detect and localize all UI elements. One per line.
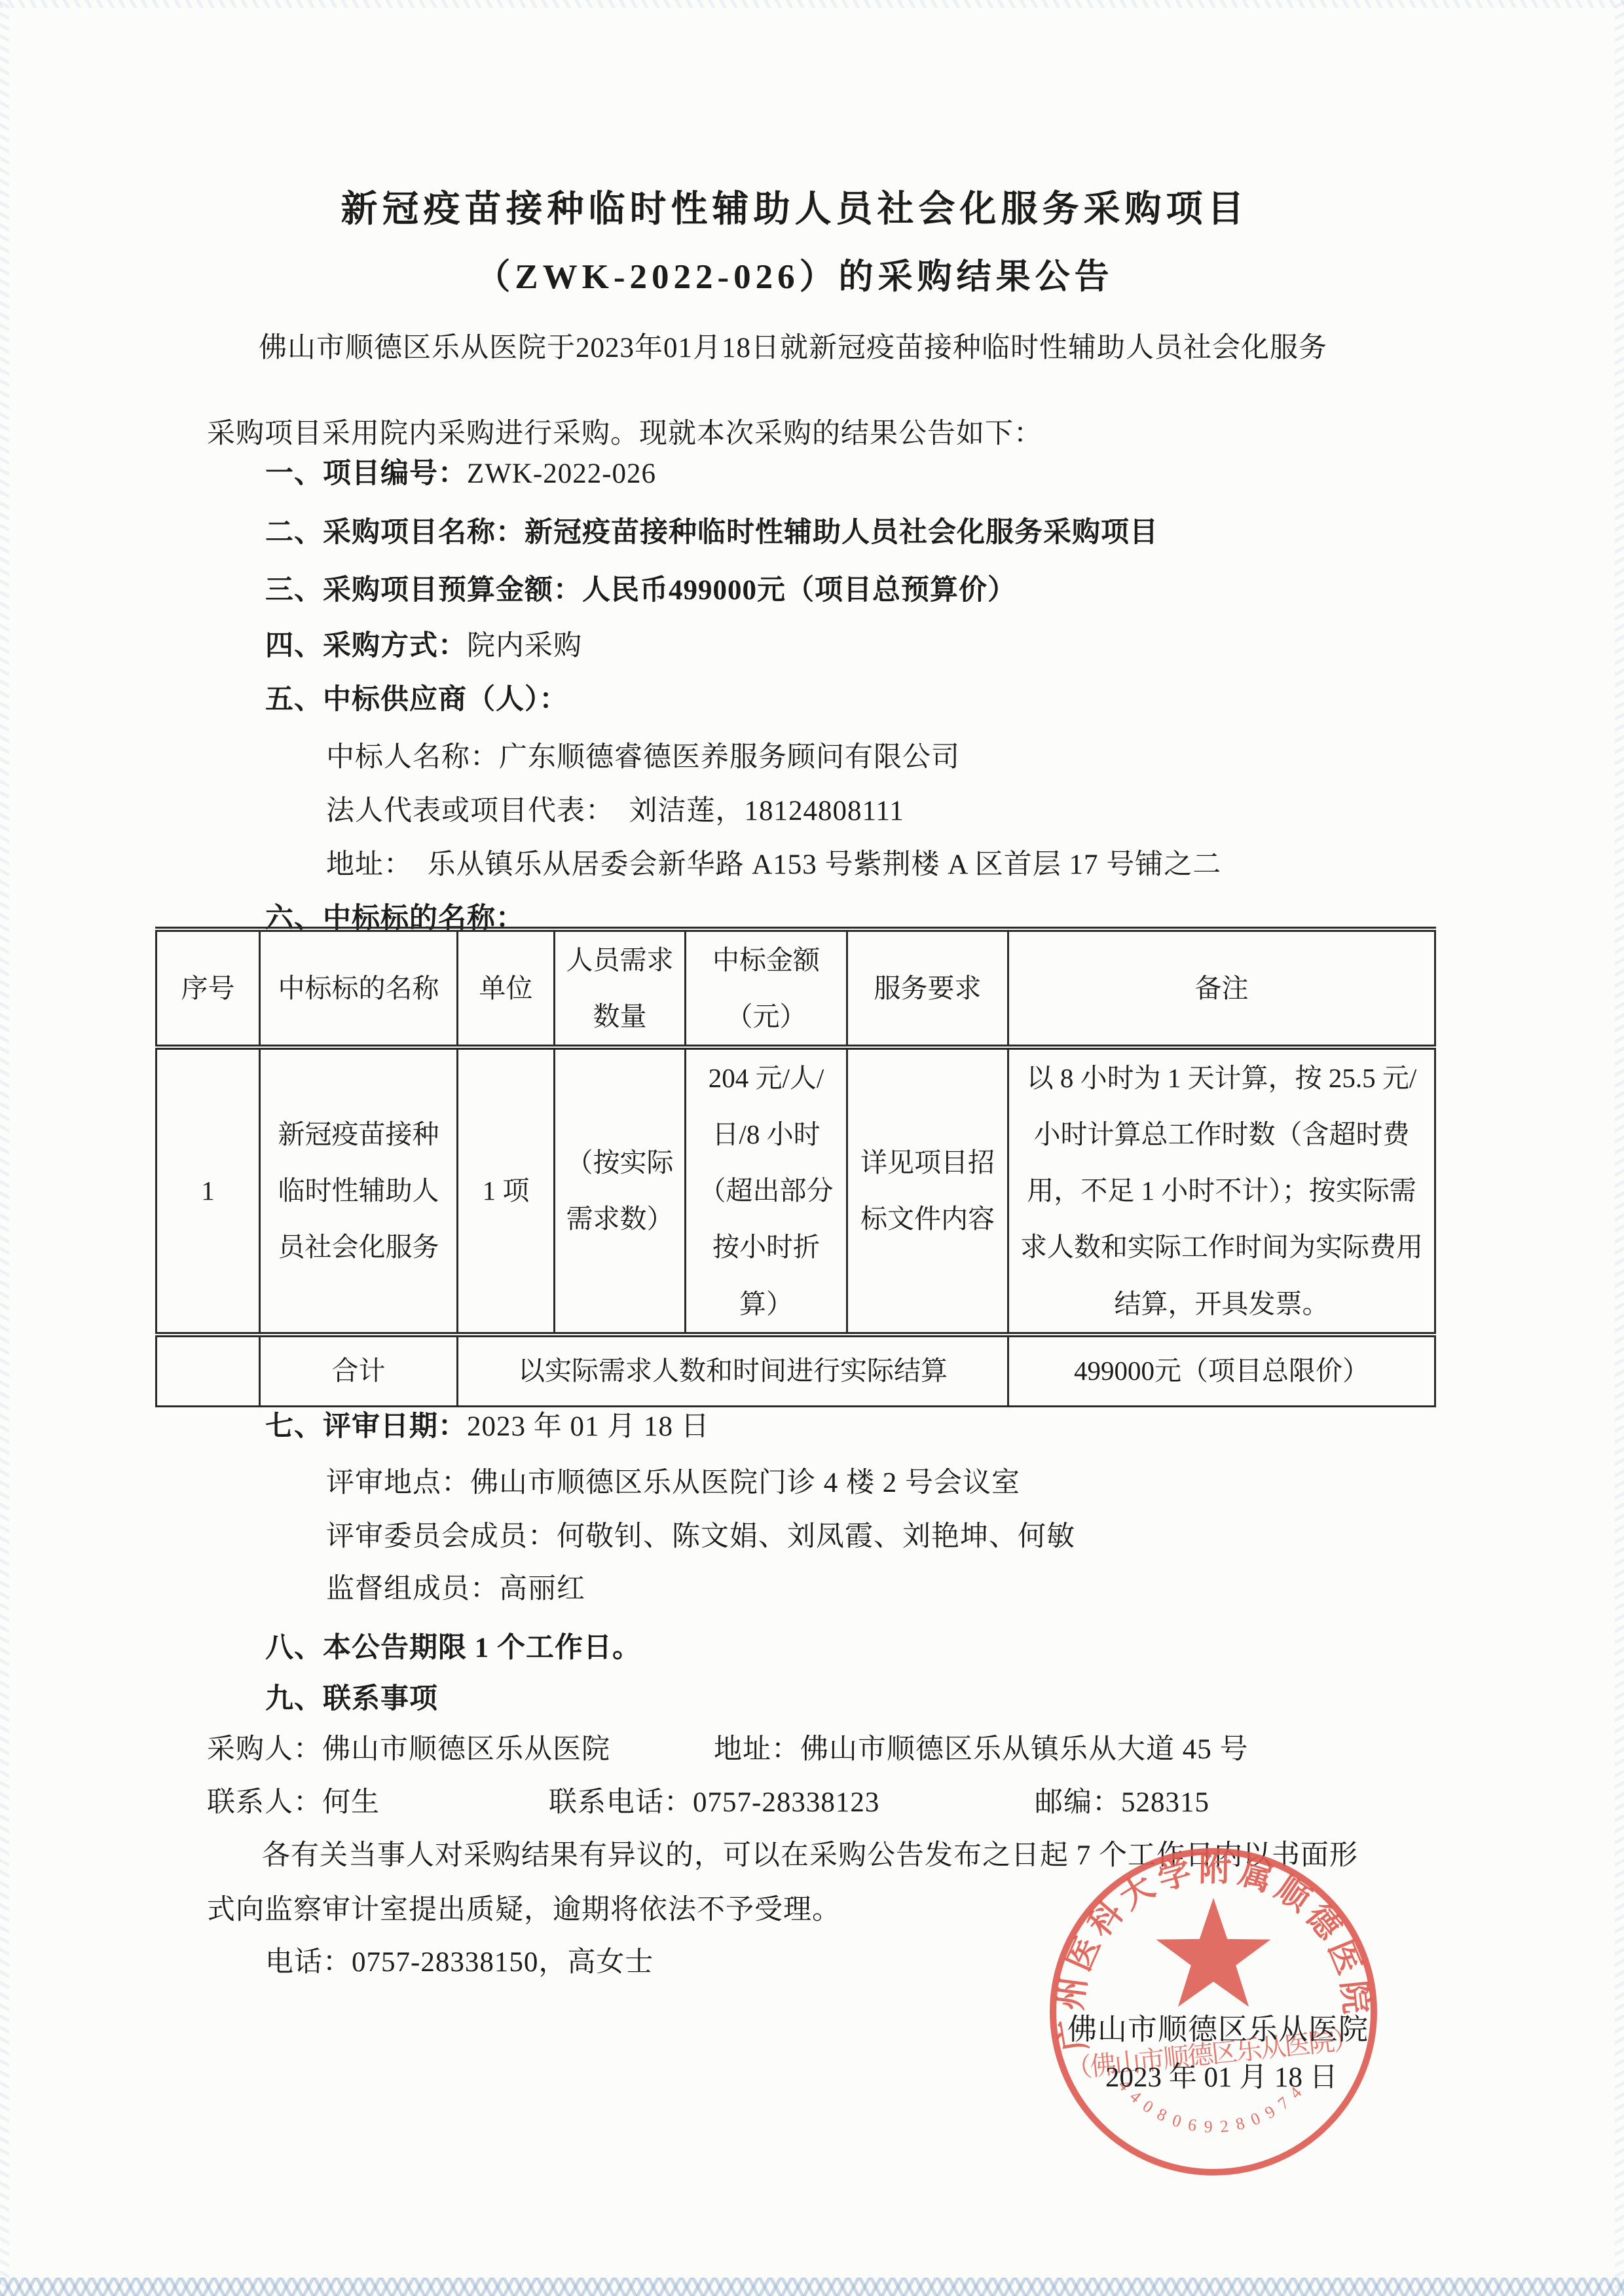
intro-line-2: 采购项目采用院内采购进行采购。现就本次采购的结果公告如下：: [207, 417, 1043, 452]
buyer-address-label: 地址：: [714, 1734, 800, 1765]
buyer-address: 地址：佛山市顺德区乐从镇乐从大道 45 号: [714, 1732, 1249, 1768]
signature-org: 佛山市顺德区乐从医院: [1067, 2005, 1369, 2048]
header-remark: 备注: [1008, 929, 1435, 1047]
contact-zip: 邮编：528315: [1035, 1785, 1209, 1821]
addr-value: 乐从镇乐从居委会新华路 A153 号紫荆楼 A 区首层 17 号铺之二: [399, 849, 1222, 880]
contact-zip-label: 邮编：: [1035, 1787, 1121, 1818]
buyer-label: 采购人：: [207, 1734, 322, 1765]
item-5-representative: 法人代表或项目代表： 刘洁莲，18124808111: [326, 794, 904, 829]
item-4-value: 院内采购: [467, 631, 582, 661]
header-seq: 序号: [157, 929, 260, 1047]
item-2-project-name: 二、采购项目名称：新冠疫苗接种临时性辅助人员社会化服务采购项目: [265, 515, 1158, 551]
scan-edge-artifact-bottom: [0, 2278, 1624, 2296]
contact-person-label: 联系人：: [207, 1787, 322, 1818]
winner-label: 中标人名称：: [326, 742, 499, 773]
scan-edge-artifact-top: [0, 0, 1624, 8]
header-unit: 单位: [458, 929, 555, 1047]
contact-zip-value: 528315: [1121, 1787, 1209, 1818]
item-1-label: 一、项目编号：: [265, 458, 467, 489]
table-header-row: 序号 中标标的名称 单位 人员需求数量 中标金额（元） 服务要求 备注: [157, 929, 1435, 1047]
addr-label: 地址：: [326, 849, 399, 880]
contact-phone: 联系电话：0757-28338123: [549, 1785, 879, 1821]
rep-label: 法人代表或项目代表：: [326, 796, 600, 826]
table-row: 1 新冠疫苗接种临时性辅助人员社会化服务 1 项 （按实际需求数） 204 元/…: [157, 1047, 1435, 1334]
item-3-value: 人民币499000元（项目总预算价）: [582, 575, 1016, 606]
header-service: 服务要求: [847, 929, 1008, 1047]
item-5-supplier-heading: 五、中标供应商（人）：: [265, 682, 568, 718]
scan-edge-artifact-right: [1615, 0, 1624, 2296]
signature-date: 2023 年 01 月 18 日: [1105, 2055, 1338, 2095]
contact-person-value: 何生: [322, 1787, 380, 1818]
buyer-address-value: 佛山市顺德区乐从镇乐从大道 45 号: [800, 1734, 1249, 1765]
cell-amount: 204 元/人/日/8 小时（超出部分按小时折算）: [686, 1047, 847, 1334]
contact-phone-value: 0757-28338123: [693, 1787, 879, 1818]
intro-line-1: 佛山市顺德区乐从医院于2023年01月18日就新冠疫苗接种临时性辅助人员社会化服…: [259, 331, 1327, 366]
total-empty-cell: [157, 1335, 260, 1407]
winner-value: 广东顺德睿德医养服务顾问有限公司: [499, 742, 960, 773]
buyer-value: 佛山市顺德区乐从医院: [322, 1734, 610, 1765]
item-7-committee: 评审委员会成员：何敬钊、陈文娟、刘凤霞、刘艳坤、何敏: [326, 1519, 1075, 1555]
cell-remark: 以 8 小时为 1 天计算，按 25.5 元/小时计算总工作时数（含超时费用，不…: [1008, 1047, 1435, 1334]
document-page: 新冠疫苗接种临时性辅助人员社会化服务采购项目 （ZWK-2022-026）的采购…: [0, 0, 1624, 2296]
item-4-label: 四、采购方式：: [265, 631, 467, 661]
item-9-contact-heading: 九、联系事项: [265, 1682, 438, 1717]
cell-seq: 1: [157, 1047, 260, 1334]
header-name: 中标标的名称: [260, 929, 458, 1047]
item-7-label: 七、评审日期：: [265, 1411, 467, 1442]
contact-person: 联系人：何生: [207, 1785, 380, 1821]
cell-service: 详见项目招标文件内容: [847, 1047, 1008, 1334]
cell-unit: 1 项: [458, 1047, 555, 1334]
total-settle-cell: 以实际需求人数和时间进行实际结算: [458, 1335, 1008, 1407]
cell-name: 新冠疫苗接种临时性辅助人员社会化服务: [260, 1047, 458, 1334]
item-2-label: 二、采购项目名称：: [265, 517, 525, 548]
item-5-address: 地址： 乐从镇乐从居委会新华路 A153 号紫荆楼 A 区首层 17 号铺之二: [326, 847, 1221, 883]
item-1-value: ZWK-2022-026: [467, 458, 656, 489]
item-4-method: 四、采购方式：院内采购: [265, 629, 582, 664]
item-2-value: 新冠疫苗接种临时性辅助人员社会化服务采购项目: [525, 517, 1158, 548]
item-7-review-date: 七、评审日期：2023 年 01 月 18 日: [265, 1409, 710, 1445]
rep-value: 刘洁莲，18124808111: [600, 796, 904, 826]
item-1-project-number: 一、项目编号：ZWK-2022-026: [265, 456, 656, 492]
total-amount-cell: 499000元（项目总限价）: [1008, 1335, 1435, 1407]
item-8-validity: 八、本公告期限 1 个工作日。: [265, 1631, 641, 1666]
header-amount: 中标金额（元）: [686, 929, 847, 1047]
doc-title-line2: （ZWK-2022-026）的采购结果公告: [155, 255, 1434, 299]
table-total-row: 合计 以实际需求人数和时间进行实际结算 499000元（项目总限价）: [157, 1335, 1435, 1407]
objection-notice-line-2: 式向监察审计室提出质疑，逾期将依法不予受理。: [207, 1893, 841, 1928]
doc-title-line1: 新冠疫苗接种临时性辅助人员社会化服务采购项目: [155, 187, 1434, 232]
item-3-budget: 三、采购项目预算金额：人民币499000元（项目总预算价）: [265, 573, 1016, 608]
buyer: 采购人：佛山市顺德区乐从医院: [207, 1732, 610, 1768]
item-5-winner-name: 中标人名称：广东顺德睿德医养服务顾问有限公司: [326, 740, 960, 775]
item-7-review-place: 评审地点：佛山市顺德区乐从医院门诊 4 楼 2 号会议室: [326, 1466, 1020, 1501]
header-demand: 人员需求数量: [555, 929, 686, 1047]
item-7-value: 2023 年 01 月 18 日: [467, 1411, 710, 1442]
seal-star-icon: [1156, 1898, 1271, 2007]
total-label-cell: 合计: [260, 1335, 458, 1407]
item-3-label: 三、采购项目预算金额：: [265, 575, 582, 606]
cell-demand: （按实际需求数）: [555, 1047, 686, 1334]
scan-edge-artifact-left: [0, 0, 9, 2296]
contact-phone-label: 联系电话：: [549, 1787, 693, 1818]
item-7-supervisor: 监督组成员：高丽红: [326, 1572, 585, 1607]
objection-phone: 电话：0757-28338150，高女士: [265, 1945, 654, 1980]
bid-result-table: 序号 中标标的名称 单位 人员需求数量 中标金额（元） 服务要求 备注 1 新冠…: [155, 927, 1436, 1407]
